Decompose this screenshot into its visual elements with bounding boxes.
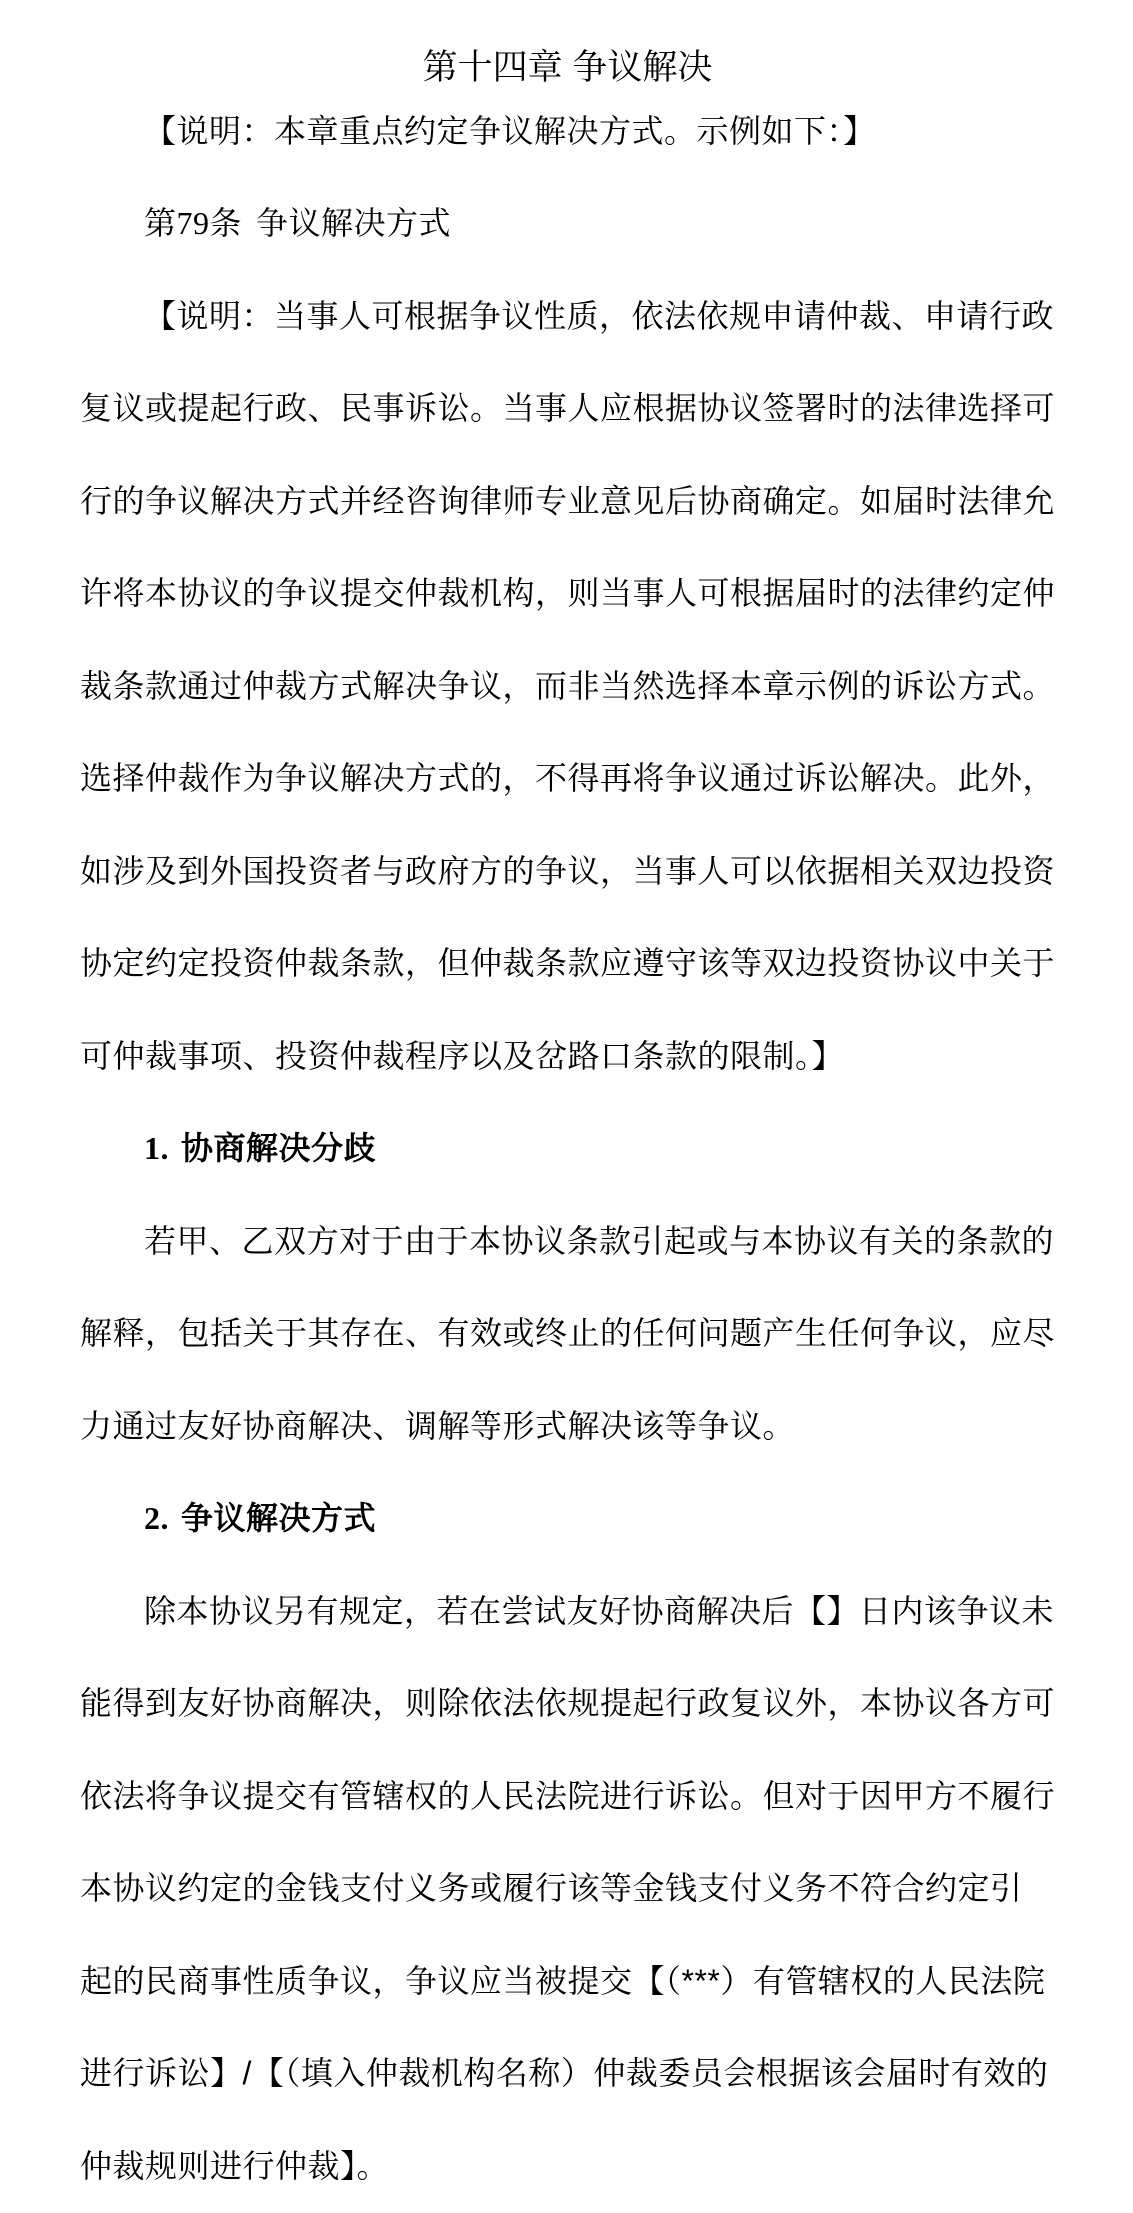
chapter-title: 第十四章 争议解决 xyxy=(80,0,1055,85)
article-prefix: 第 xyxy=(144,205,177,241)
article-number: 79 xyxy=(177,205,210,241)
document-line: 裁条款通过仲裁方式解决争议，而非当然选择本章示例的诉讼方式。 xyxy=(80,640,1055,733)
section-1-title: 协商解决分歧 xyxy=(181,1130,376,1166)
document-line: 若甲、乙双方对于由于本协议条款引起或与本协议有关的条款的 xyxy=(80,1195,1055,1288)
document-line: 能得到友好协商解决，则除依法依规提起行政复议外，本协议各方可 xyxy=(80,1657,1055,1750)
section-2-title: 争议解决方式 xyxy=(181,1500,376,1536)
section-2-heading: 2.争议解决方式 xyxy=(80,1472,1055,1565)
article-suffix: 条 xyxy=(210,205,243,241)
document-line: 进行诉讼】/【（填入仲裁机构名称）仲裁委员会根据该会届时有效的 xyxy=(80,2027,1055,2120)
section-2-number: 2. xyxy=(144,1500,169,1536)
document-line: 可仲裁事项、投资仲裁程序以及岔路口条款的限制。】 xyxy=(80,1010,1055,1103)
document-line: 【说明：当事人可根据争议性质，依法依规申请仲裁、申请行政 xyxy=(80,270,1055,363)
chapter-note: 【说明：本章重点约定争议解决方式。示例如下：】 xyxy=(80,85,1055,178)
document-line: 协定约定投资仲裁条款，但仲裁条款应遵守该等双边投资协议中关于 xyxy=(80,917,1055,1010)
document-line: 如涉及到外国投资者与政府方的争议，当事人可以依据相关双边投资 xyxy=(80,825,1055,918)
article-heading: 第79条争议解决方式 xyxy=(80,177,1055,270)
document-line: 力通过友好协商解决、调解等形式解决该等争议。 xyxy=(80,1380,1055,1473)
document-line: 仲裁规则进行仲裁】。 xyxy=(80,2120,1055,2213)
article-title: 争议解决方式 xyxy=(256,205,451,241)
document-line: 解释，包括关于其存在、有效或终止的任何问题产生任何争议，应尽 xyxy=(80,1287,1055,1380)
document-line: 起的民商事性质争议，争议应当被提交【（***）有管辖权的人民法院 xyxy=(80,1935,1055,2028)
document-line: 行的争议解决方式并经咨询律师专业意见后协商确定。如届时法律允 xyxy=(80,455,1055,548)
document-line: 选择仲裁作为争议解决方式的，不得再将争议通过诉讼解决。此外， xyxy=(80,732,1055,825)
document-page: 第十四章 争议解决 【说明：本章重点约定争议解决方式。示例如下：】 第79条争议… xyxy=(0,0,1133,2213)
section-1-heading: 1.协商解决分歧 xyxy=(80,1102,1055,1195)
document-line: 许将本协议的争议提交仲裁机构，则当事人可根据届时的法律约定仲 xyxy=(80,547,1055,640)
document-line: 除本协议另有规定，若在尝试友好协商解决后【】日内该争议未 xyxy=(80,1565,1055,1658)
section-1-number: 1. xyxy=(144,1130,169,1166)
document-line: 本协议约定的金钱支付义务或履行该等金钱支付义务不符合约定引 xyxy=(80,1842,1055,1935)
document-line: 复议或提起行政、民事诉讼。当事人应根据协议签署时的法律选择可 xyxy=(80,362,1055,455)
document-line: 依法将争议提交有管辖权的人民法院进行诉讼。但对于因甲方不履行 xyxy=(80,1750,1055,1843)
